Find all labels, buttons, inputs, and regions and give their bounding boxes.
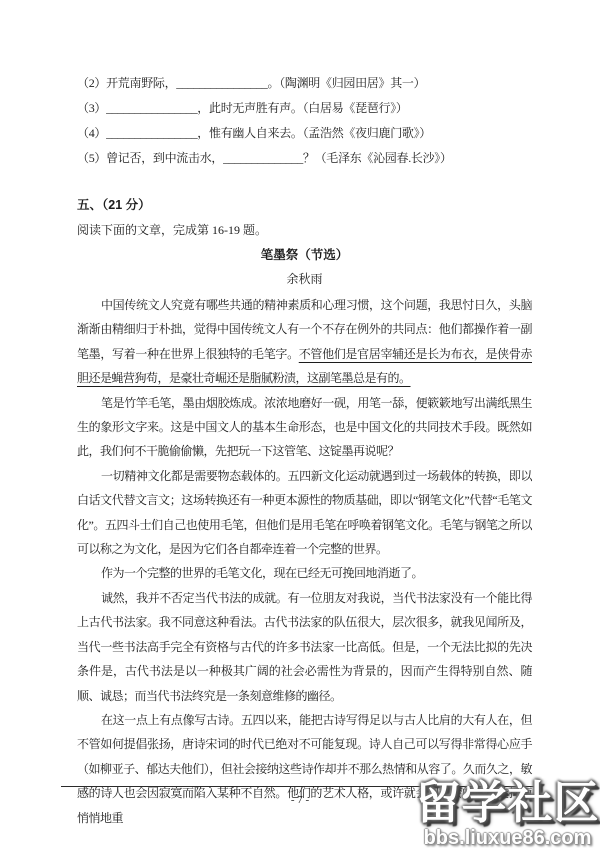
fill-blank-line-5: （5）曾记否，到中流击水，______________？（毛泽东《沁园春.长沙》… <box>77 146 532 171</box>
exam-page-content: （2）开荒南野际，________________。（陶渊明《归园田居》其一） … <box>77 71 532 830</box>
watermark-site-url: bbs.liuxue86.com <box>415 828 600 848</box>
fill-blank-line-3: （3）________________，此时无声胜有声。（白居易《琵琶行》） <box>77 96 532 121</box>
page-number: - 7 - <box>0 794 600 806</box>
essay-author: 余秋雨 <box>77 267 532 291</box>
essay-paragraph-2: 笔是竹竿毛笔，墨由烟胶炼成。浓浓地磨好一砚，用笔一舔，便簌簌地写出满纸黑生生的象… <box>77 391 532 464</box>
fill-blank-line-4: （4）________________，惟有幽人自来去。（孟浩然《夜归鹿门歌》） <box>77 121 532 146</box>
section-heading: 五、（21 分） <box>77 193 532 218</box>
essay-paragraph-4: 作为一个完整的世界的毛笔文化，现在已经无可挽回地消逝了。 <box>77 561 532 585</box>
reading-instruction: 阅读下面的文章，完成第 16-19 题。 <box>77 218 532 243</box>
fill-blank-line-2: （2）开荒南野际，________________。（陶渊明《归园田居》其一） <box>77 71 532 96</box>
essay-paragraph-3: 一切精神文化都是需要物态载体的。五四新文化运动就遇到过一场载体的转换，即以白话文… <box>77 464 532 562</box>
essay-paragraph-5: 诚然，我并不否定当代书法的成就。有一位朋友对我说，当代书法家没有一个能比得上古代… <box>77 586 532 708</box>
essay-paragraph-1: 中国传统文人究竟有哪些共通的精神素质和心理习惯，这个问题，我思忖日久，头脑渐渐由… <box>77 293 532 391</box>
essay-paragraph-6: 在这一点上有点像写古诗。五四以来，能把古诗写得足以与古人比肩的大有人在，但不管如… <box>77 708 532 830</box>
footer-divider <box>61 786 538 787</box>
essay-title: 笔墨祭（节选） <box>77 243 532 267</box>
